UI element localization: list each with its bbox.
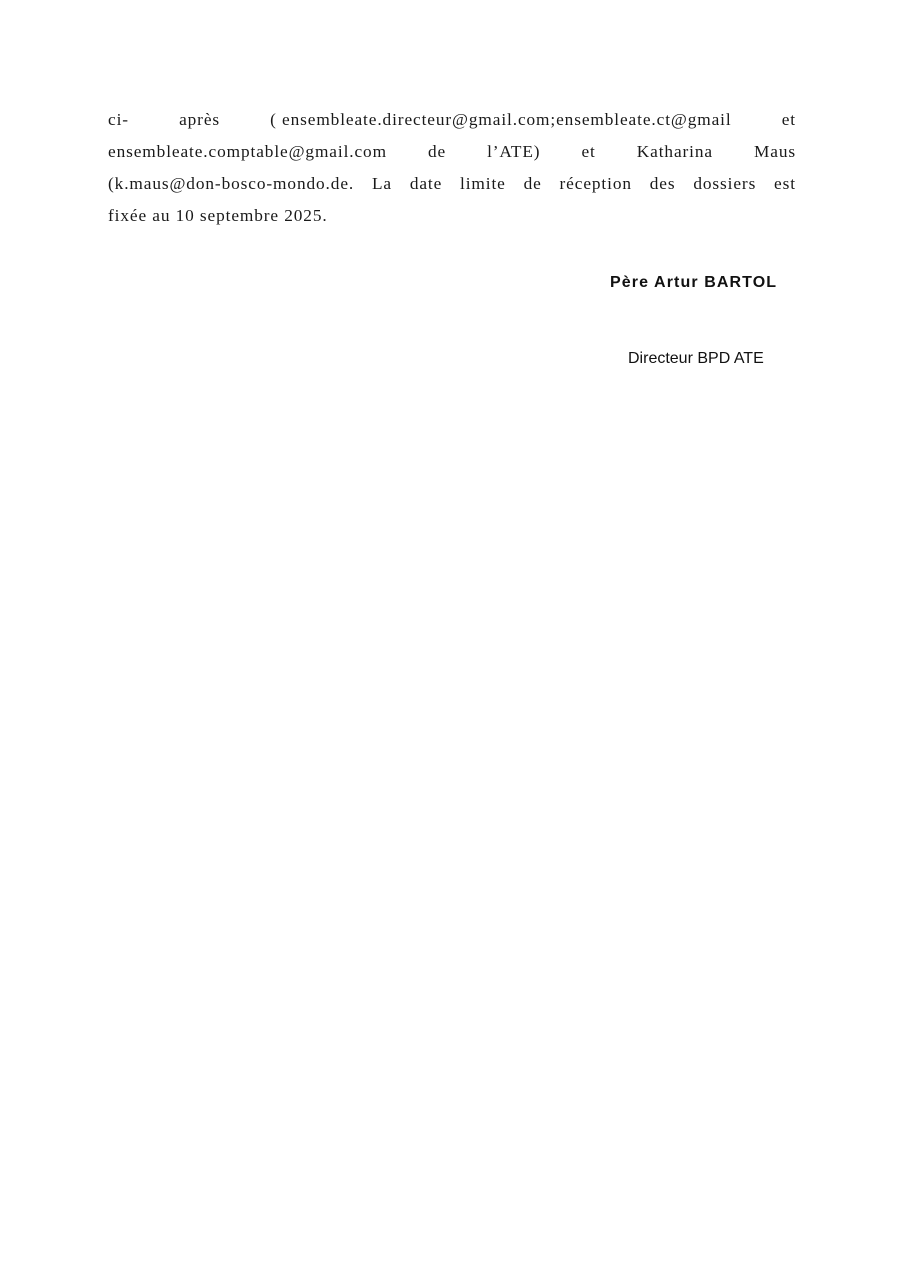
paragraph-line-4: fixée au 10 septembre 2025. [108,200,796,232]
word: ci- [108,104,129,136]
document-page: ci- après ( ensembleate.directeur@gmail.… [0,0,905,1280]
word: date [410,168,442,200]
word: est [774,168,796,200]
word: et [782,104,796,136]
word: de [428,136,446,168]
signatory-title: Directeur BPD ATE [628,350,764,368]
word: après [179,104,220,136]
word: réception [560,168,632,200]
word: limite [460,168,506,200]
word: La [372,168,392,200]
word: Maus [754,136,796,168]
deadline-sentence: fixée au 10 septembre 2025. [108,206,328,225]
word: de [524,168,542,200]
word: dossiers [693,168,756,200]
word: des [650,168,676,200]
body-paragraph: ci- après ( ensembleate.directeur@gmail.… [108,104,796,232]
word: l’ATE) [487,136,540,168]
paragraph-line-1: ci- après ( ensembleate.directeur@gmail.… [108,104,796,136]
word: Katharina [637,136,713,168]
email-address: ensembleate.comptable@gmail.com [108,136,387,168]
paragraph-line-3: (k.maus@don-bosco-mondo.de. La date limi… [108,168,796,200]
email-addresses: ( ensembleate.directeur@gmail.com;ensemb… [270,104,731,136]
signatory-name: Père Artur BARTOL [610,274,777,292]
paragraph-line-2: ensembleate.comptable@gmail.com de l’ATE… [108,136,796,168]
email-address: (k.maus@don-bosco-mondo.de. [108,168,354,200]
word: et [581,136,595,168]
